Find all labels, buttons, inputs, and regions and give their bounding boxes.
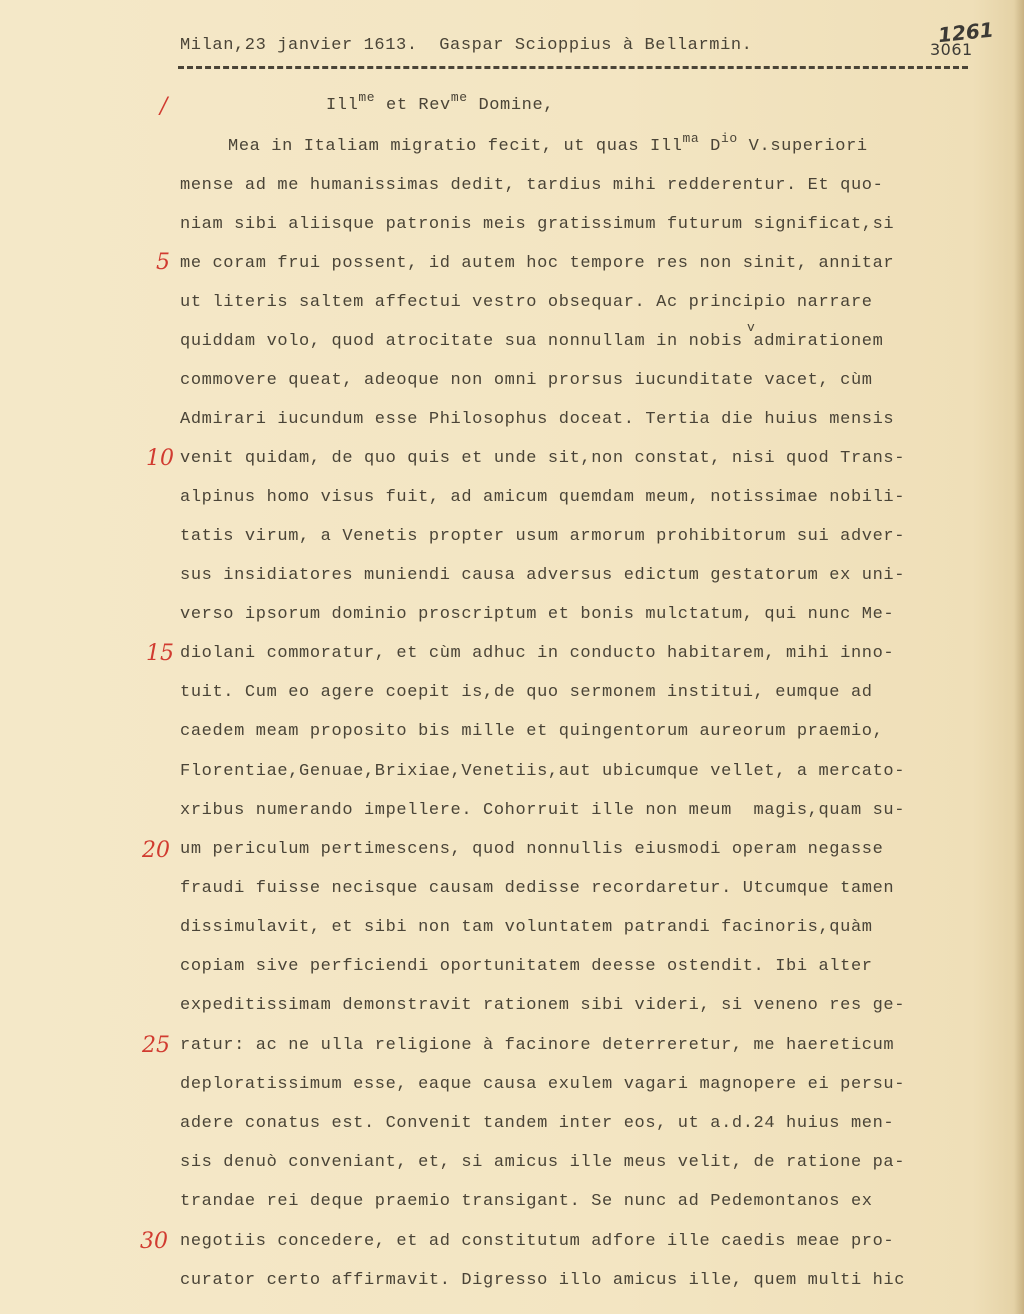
text-line: fraudi fuisse necisque causam dedisse re… [180, 877, 894, 901]
page-edge-shadow [1014, 0, 1024, 1314]
document-header: Milan,23 janvier 1613. Gaspar Scioppius … [180, 36, 753, 55]
text-line: Florentiae,Genuae,Brixiae,Venetiis,aut u… [180, 760, 905, 784]
text-line: tuit. Cum eo agere coepit is,de quo serm… [180, 681, 873, 705]
text-line: alpinus homo visus fuit, ad amicum quemd… [180, 486, 905, 510]
text-line: sis denuò conveniant, et, si amicus ille… [180, 1151, 905, 1175]
salutation-text: et Rev [375, 96, 451, 115]
text-segment: D [699, 137, 721, 156]
margin-number: 10 [146, 448, 174, 470]
text-line: copiam sive perficiendi oportunitatem de… [180, 955, 873, 979]
folio-number: 1261 3061 [930, 22, 1000, 58]
superscript: me [451, 90, 468, 105]
text-line: um periculum pertimescens, quod nonnulli… [180, 838, 883, 862]
text-line: xribus numerando impellere. Cohorruit il… [180, 799, 905, 823]
text-line: adere conatus est. Convenit tandem inter… [180, 1112, 894, 1136]
text-line: diolani commoratur, et cùm adhuc in cond… [180, 642, 894, 666]
text-line: caedem meam proposito bis mille et quing… [180, 720, 883, 744]
text-line: venit quidam, de quo quis et unde sit,no… [180, 447, 905, 471]
text-segment: V.superiori [738, 137, 868, 156]
text-line: quiddam volo, quod atrocitate sua nonnul… [180, 330, 883, 354]
text-line: curator certo affirmavit. Digresso illo … [180, 1269, 905, 1293]
text-line: niam sibi aliisque patronis meis gratiss… [180, 213, 894, 237]
superscript: ma [683, 131, 700, 146]
salutation-text: Domine, [468, 96, 554, 115]
text-line: me coram frui possent, id autem hoc temp… [180, 252, 894, 276]
salutation-text: Ill [326, 96, 358, 115]
salutation: Illme et Revme Domine, [326, 96, 554, 115]
text-line: Admirari iucundum esse Philosophus docea… [180, 408, 894, 432]
text-line: dissimulavit, et sibi non tam voluntatem… [180, 916, 873, 940]
text-line: negotiis concedere, et ad constitutum ad… [180, 1230, 894, 1254]
document-page: Milan,23 janvier 1613. Gaspar Scioppius … [0, 0, 1024, 1314]
margin-number: 30 [140, 1231, 168, 1253]
text-line: ut literis saltem affectui vestro obsequ… [180, 291, 873, 315]
text-line: verso ipsorum dominio proscriptum et bon… [180, 603, 894, 627]
superscript: io [721, 131, 738, 146]
folio-handwritten: 1261 [937, 19, 1001, 45]
text-line: mense ad me humanissimas dedit, tardius … [180, 174, 883, 198]
text-line: expeditissimam demonstravit rationem sib… [180, 994, 905, 1018]
text-line: sus insidiatores muniendi causa adversus… [180, 564, 905, 588]
margin-number: 15 [146, 643, 174, 665]
text-line: Mea in Italiam migratio fecit, ut quas I… [228, 135, 868, 159]
margin-number: 25 [142, 1035, 170, 1057]
text-line: commovere queat, adeoque non omni prorsu… [180, 369, 873, 393]
superscript: me [358, 90, 375, 105]
margin-number: 20 [142, 840, 170, 862]
margin-number: 5 [156, 252, 170, 274]
text-line: ratur: ac ne ulla religione à facinore d… [180, 1034, 894, 1058]
header-divider [178, 66, 968, 69]
text-line: tatis virum, a Venetis propter usum armo… [180, 525, 905, 549]
text-line: deploratissimum esse, eaque causa exulem… [180, 1073, 905, 1097]
margin-number: / [160, 96, 167, 118]
text-segment: Mea in Italiam migratio fecit, ut quas I… [228, 137, 683, 156]
text-line: trandae rei deque praemio transigant. Se… [180, 1190, 873, 1214]
